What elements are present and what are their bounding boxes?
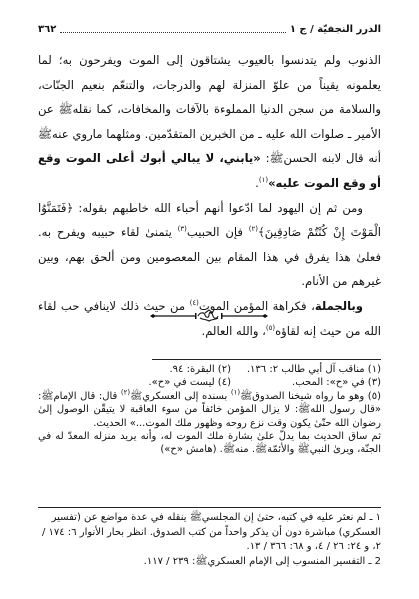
paragraph-text: ، والله العالم. [202,324,266,338]
footnote-5: (٥) وهو ما رواه شيخنا الصدوقﷺ(١) بسنده إ… [38,390,381,430]
main-text: الذنوب ولم يتدنسوا بالعيوب يشتاقون إلى ا… [38,48,381,343]
leader-dots [60,25,286,33]
bold-lead: وبالجملة [315,299,363,313]
endnote-ref[interactable]: (١) [231,388,240,396]
running-title: الدرر النجفيّة / ج ١ [290,24,381,35]
page-number: ٣٦٢ [38,24,56,35]
footnote-row: (٣) في «ح»: المحب. (٤) ليست في «ح». [38,376,381,389]
endnotes: ١ ـ لم نعثر عليه في كتبه، حتىٰ إن المجلس… [38,511,381,569]
footnote-ref[interactable]: (٢) [249,225,258,233]
decorative-divider-icon [148,309,270,323]
book-page: الدرر النجفيّة / ج ١ ٣٦٢ الذنوب ولم يتدن… [0,0,419,599]
footnote-ref[interactable]: (٤) [190,299,199,307]
footnote-2: (٢) البقرة: ٩٤. [81,363,231,376]
footnote-ref[interactable]: (٣) [178,225,187,233]
footnote-1: (١) مناقب آل أبي طالب ٢: ١٣٦. [231,363,381,376]
footnote-separator [152,359,381,360]
footnote-row: (١) مناقب آل أبي طالب ٢: ١٣٦. (٢) البقرة… [38,363,381,376]
paragraph-text: فإن الحبيب [187,225,249,239]
footnote-text: (٥) وهو ما رواه شيخنا الصدوقﷺ [240,391,381,402]
footnote-3: (٣) في «ح»: المحب. [231,376,381,389]
footnotes: (١) مناقب آل أبي طالب ٢: ١٣٦. (٢) البقرة… [38,363,381,457]
paragraph-text: ومن ثم إن اليهود لما ادّعوا أنهم أحباء ا… [73,201,363,215]
footnote-4: (٤) ليست في «ح». [81,376,231,389]
endnote-2: 2 ـ التفسير المنسوب إلى الإمام العسكريﷺ:… [38,555,381,570]
endnote-1: ١ ـ لم نعثر عليه في كتبه، حتىٰ إن المجلس… [38,511,381,555]
footnote-5-continuation: ثم ساق الحديث بما يدلّ علىٰ بشارة ملك ال… [38,430,381,457]
footnote-ref[interactable]: (١) [259,176,268,184]
running-header: الدرر النجفيّة / ج ١ ٣٦٢ [38,22,381,36]
paragraph-text: الذنوب ولم يتدنسوا بالعيوب يشتاقون إلى ا… [38,53,381,165]
endnote-separator [38,507,381,508]
paragraph-2: ومن ثم إن اليهود لما ادّعوا أنهم أحباء ا… [38,196,381,294]
footnote-ref[interactable]: (٥) [266,324,275,332]
footnote-text: بسنده إلى العسكريﷺ [130,391,231,402]
endnote-ref[interactable]: (٢) [121,388,130,396]
paragraph-1: الذنوب ولم يتدنسوا بالعيوب يشتاقون إلى ا… [38,48,381,196]
